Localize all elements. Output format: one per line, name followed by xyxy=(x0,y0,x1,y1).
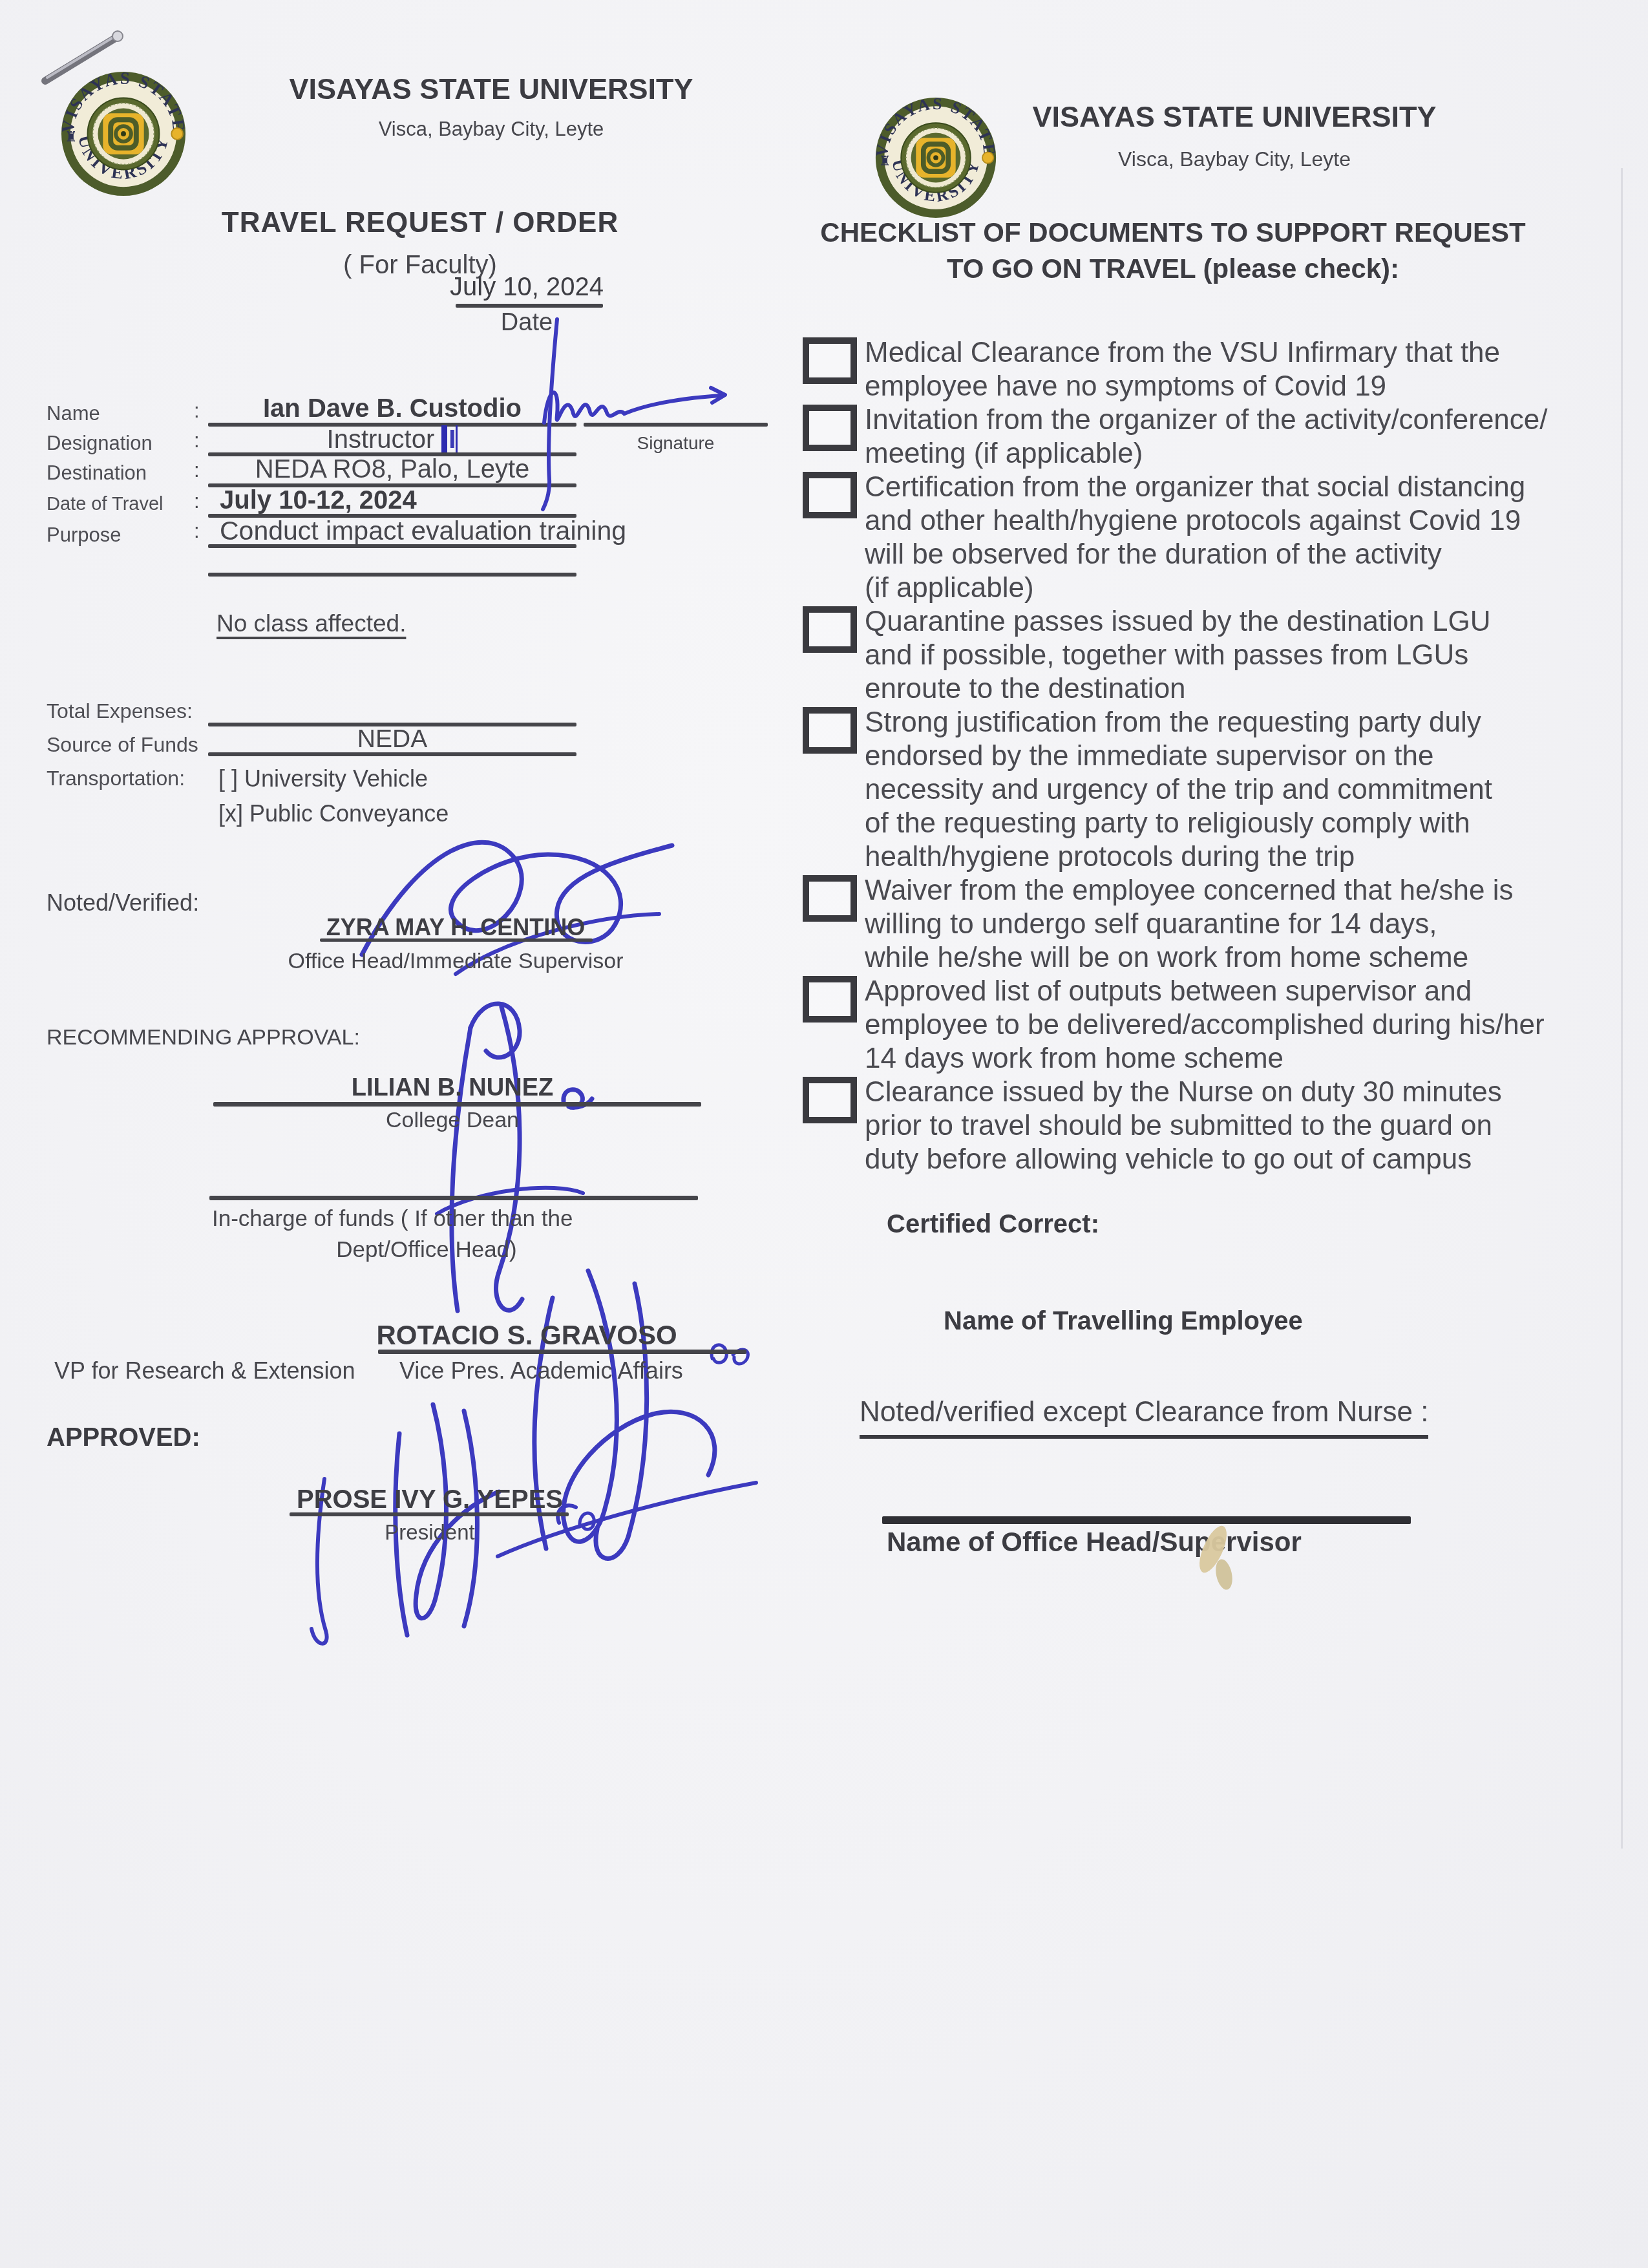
transportation-label: Transportation: xyxy=(47,767,185,790)
incharge-funds-line1: In-charge of funds ( If other than the xyxy=(212,1206,573,1232)
checkbox-certification[interactable] xyxy=(803,472,857,518)
no-class-note: No class affected. xyxy=(217,610,406,637)
destination-label: Destination xyxy=(47,461,147,485)
checklist-item-text: Invitation from the organizer of the act… xyxy=(865,403,1601,471)
supervisor-title: Office Head/Immediate Supervisor xyxy=(271,949,640,974)
supervisor-name: ZYRA MAY H. CENTINO xyxy=(291,914,620,941)
checkbox-quarantine-passes[interactable] xyxy=(803,606,857,653)
vsu-seal-logo-left: VISAYAS STATE UNIVERSITY ♜ xyxy=(59,70,187,198)
transport-university-option: [ ] University Vehicle xyxy=(218,765,428,792)
right-university-name: VISAYAS STATE UNIVERSITY xyxy=(1005,100,1464,134)
name-label: Name xyxy=(47,402,100,425)
scan-seam xyxy=(1621,168,1623,1849)
checkbox-waiver[interactable] xyxy=(803,875,857,922)
vp-title-right: Vice Pres. Academic Affairs xyxy=(399,1357,683,1384)
paper-stain xyxy=(1213,1558,1234,1591)
recommending-approval-label: RECOMMENDING APPROVAL: xyxy=(47,1025,360,1050)
left-university-address: Visca, Baybay City, Leyte xyxy=(265,118,717,141)
source-funds-label: Source of Funds xyxy=(47,733,198,757)
vsu-seal-logo-right: VISAYAS STATE UNIVERSITY ♜ xyxy=(874,96,998,220)
checkbox-invitation[interactable] xyxy=(803,405,857,451)
purpose-value: Conduct impact evaluation training xyxy=(220,516,626,546)
checklist-item-text: Medical Clearance from the VSU Infirmary… xyxy=(865,336,1601,403)
left-university-name: VISAYAS STATE UNIVERSITY xyxy=(265,72,717,106)
signature-custodio xyxy=(517,317,737,518)
checklist-item-text: Certification from the organizer that so… xyxy=(865,471,1601,605)
president-name: PROSE IVY G. YEPES xyxy=(288,1485,572,1514)
designation-label: Designation xyxy=(47,432,153,455)
scanned-travel-request-form: VISAYAS STATE UNIVERSITY ♜ VISAYAS STATE… xyxy=(0,0,1648,2268)
certified-correct-label: Certified Correct: xyxy=(887,1210,1099,1239)
checklist-item-text: Strong justification from the requesting… xyxy=(865,706,1601,874)
date-value: July 10, 2024 xyxy=(446,273,607,302)
checklist-item-text: Quarantine passes issued by the destinat… xyxy=(865,605,1601,706)
president-title: President xyxy=(288,1520,572,1545)
checklist-item-text: Approved list of outputs between supervi… xyxy=(865,975,1601,1076)
seal-lamp-icon: ♜ xyxy=(65,129,78,145)
checkbox-approved-outputs[interactable] xyxy=(803,976,857,1023)
checkbox-medical-clearance[interactable] xyxy=(803,337,857,384)
approved-label: APPROVED: xyxy=(47,1423,200,1452)
noted-verified-label: Noted/Verified: xyxy=(47,889,199,917)
travel-date-label: Date of Travel xyxy=(47,494,164,515)
checkbox-strong-justification[interactable] xyxy=(803,707,857,754)
travelling-employee-label: Name of Travelling Employee xyxy=(944,1307,1303,1336)
travel-date-value: July 10-12, 2024 xyxy=(220,486,417,515)
right-university-address: Visca, Baybay City, Leyte xyxy=(1005,147,1464,171)
dean-title: College Dean xyxy=(304,1108,601,1133)
form-title: TRAVEL REQUEST / ORDER xyxy=(187,207,653,239)
checklist-item-text: Clearance issued by the Nurse on duty 30… xyxy=(865,1076,1601,1176)
noted-except-nurse-label: Noted/verified except Clearance from Nur… xyxy=(860,1396,1428,1439)
office-head-label: Name of Office Head/Supervisor xyxy=(887,1527,1302,1558)
dean-name: LILIAN B. NUNEZ xyxy=(304,1074,601,1102)
seal-sun-icon xyxy=(171,128,183,140)
colon: : xyxy=(194,399,200,423)
checklist-title-line2: TO GO ON TRAVEL (please check): xyxy=(801,253,1545,284)
purpose-label: Purpose xyxy=(47,524,121,547)
seal-sun-icon xyxy=(982,152,993,163)
checklist-item-text: Waiver from the employee concerned that … xyxy=(865,874,1601,975)
vp-name: ROTACIO S. GRAVOSO xyxy=(375,1320,679,1351)
checklist-title-line1: CHECKLIST OF DOCUMENTS TO SUPPORT REQUES… xyxy=(801,217,1545,248)
source-funds-value: NEDA xyxy=(208,725,576,754)
designation-ink-mark: I xyxy=(441,425,458,454)
total-expenses-label: Total Expenses: xyxy=(47,699,193,723)
checkbox-nurse-clearance[interactable] xyxy=(803,1077,857,1123)
vp-title-left: VP for Research & Extension xyxy=(54,1357,355,1384)
seal-lamp-icon: ♜ xyxy=(879,154,891,169)
